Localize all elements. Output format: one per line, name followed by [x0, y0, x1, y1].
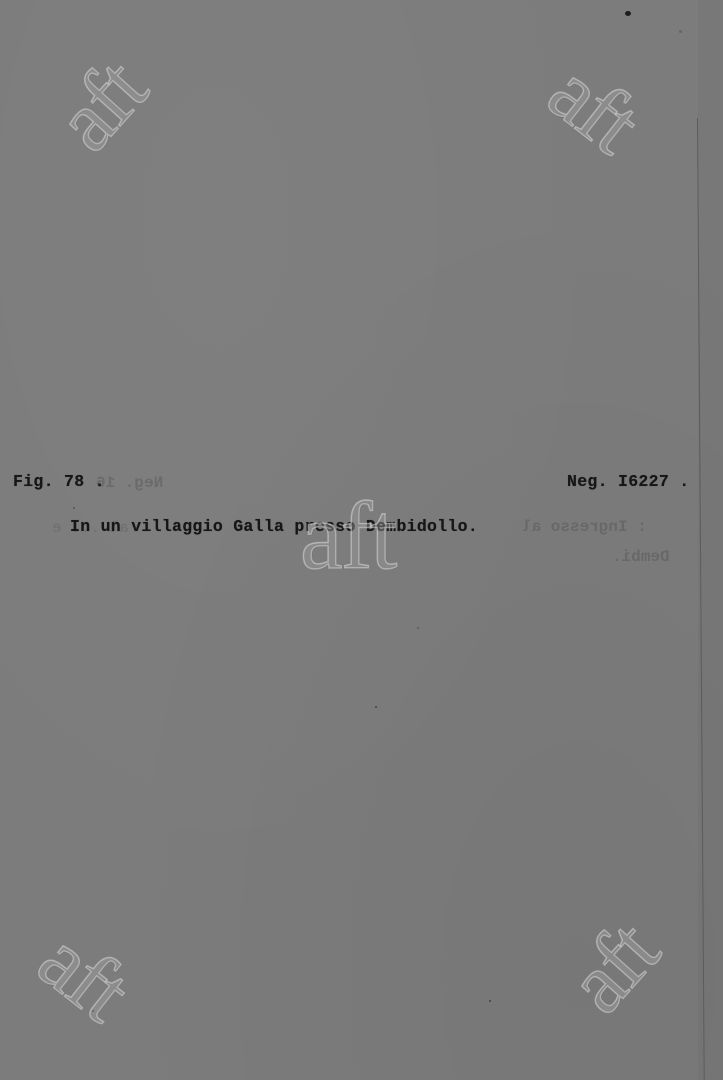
- figure-number: Fig. 78 .: [13, 472, 105, 491]
- watermark-logo: aft: [40, 45, 161, 165]
- dust-speck: [73, 507, 75, 509]
- negative-number: Neg. I6227 .: [567, 472, 689, 491]
- dust-speck: [489, 1000, 491, 1002]
- show-through-text: Dembi.: [612, 548, 670, 566]
- dust-speck: [417, 627, 419, 629]
- watermark-logo: aft: [552, 907, 673, 1027]
- show-through-text: Neg. 16: [96, 474, 163, 492]
- watermark-logo: aft: [300, 488, 395, 584]
- watermark-logo: aft: [535, 47, 655, 167]
- watermark-logo: aft: [25, 915, 145, 1035]
- dust-speck: [679, 30, 682, 33]
- show-through-text: : Ingresso al: [522, 518, 647, 536]
- dust-speck: [625, 11, 631, 16]
- dust-speck: [375, 706, 377, 708]
- dust-speck: [92, 1010, 94, 1012]
- archival-caption-card: Neg. 16 : Ingresso al Dembi. al ... e Fi…: [0, 0, 723, 1080]
- photo-caption: In un villaggio Galla presso Dembidollo.: [70, 517, 478, 536]
